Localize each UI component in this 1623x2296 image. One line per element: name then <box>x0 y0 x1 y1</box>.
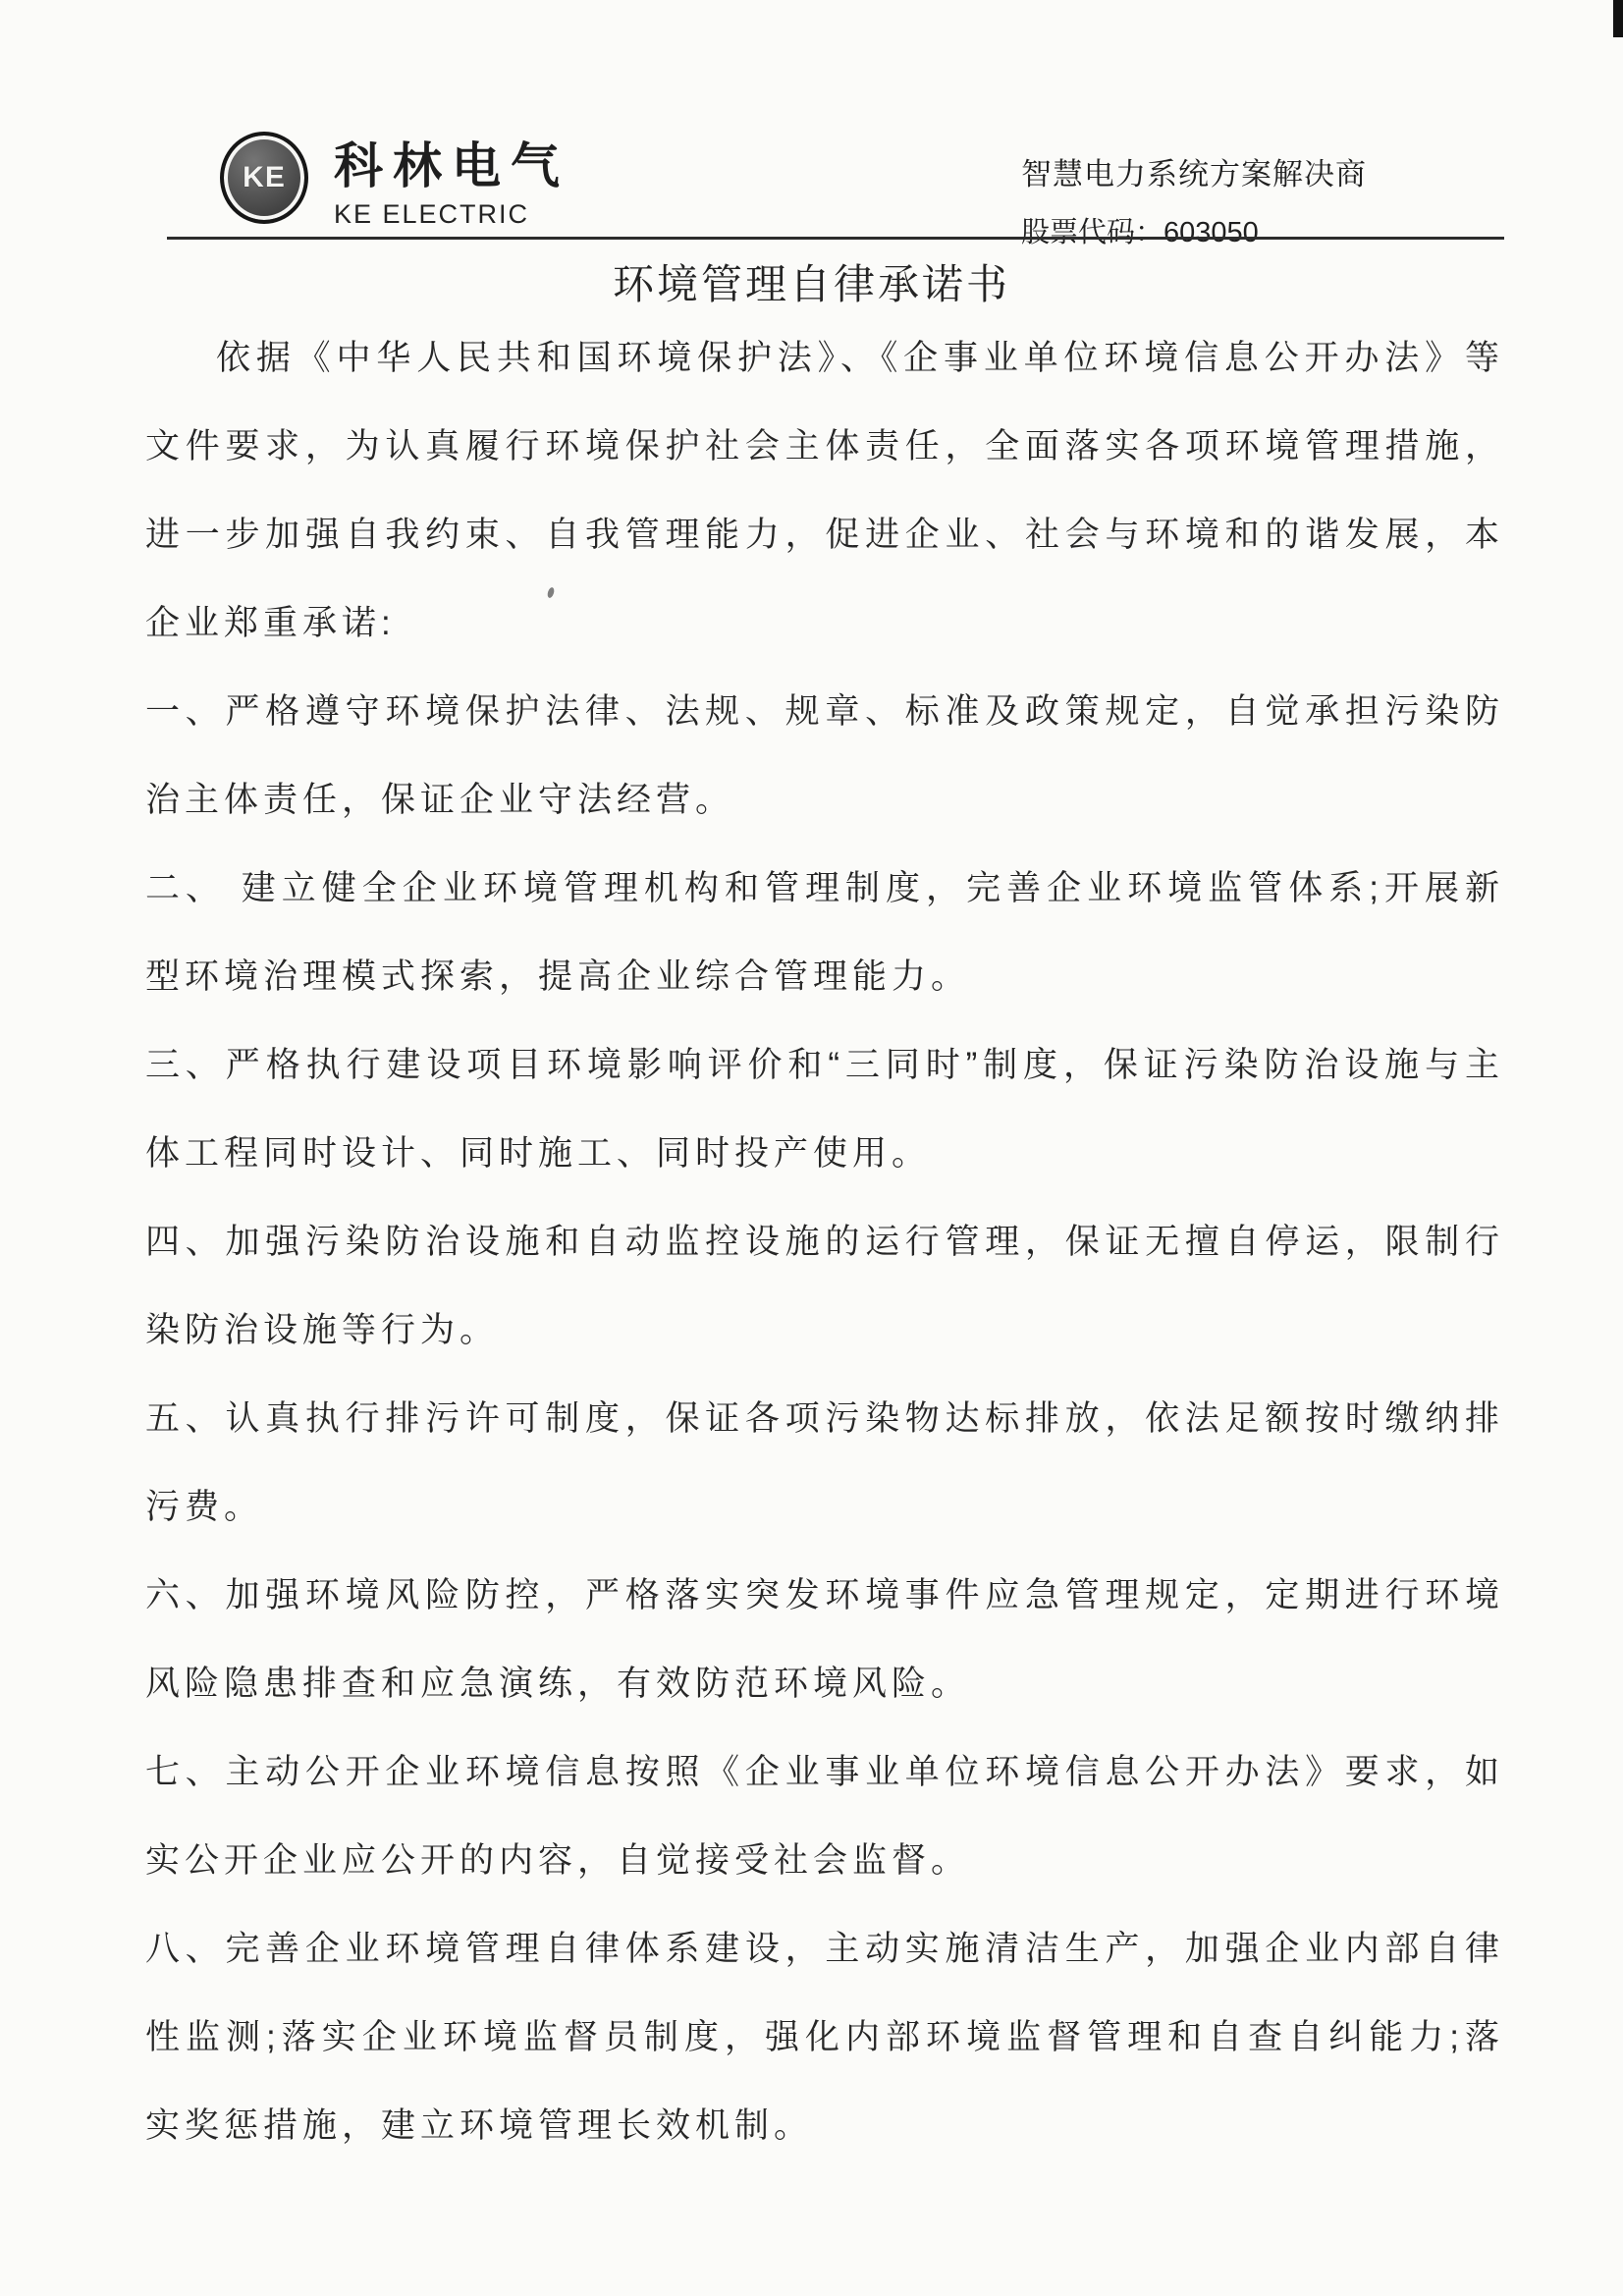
document-title: 环境管理自律承诺书 <box>0 252 1623 311</box>
document-page: KE 科林电气 KE ELECTRIC 智慧电力系统方案解决商 股票代码：603… <box>0 0 1623 2296</box>
company-tagline: 智慧电力系统方案解决商 <box>1021 149 1367 193</box>
company-name-en: KE ELECTRIC <box>334 199 569 230</box>
paragraph-item-2: 二、 建立健全企业环境管理机构和管理制度，完善企业环境监管体系;开展新型环境治理… <box>145 845 1504 1021</box>
paragraph-item-1: 一、严格遵守环境保护法律、法规、规章、标准及政策规定，自觉承担污染防治主体责任，… <box>145 668 1504 845</box>
ke-logo-icon: KE <box>220 132 308 224</box>
paragraph-item-3: 三、严格执行建设项目环境影响评价和“三同时”制度，保证污染防治设施与主体工程同时… <box>145 1021 1504 1198</box>
company-name-block: 科林电气 KE ELECTRIC <box>334 132 569 230</box>
paragraph-item-5: 五、认真执行排污许可制度，保证各项污染物达标排放，依法足额按时缴纳排污费。 <box>145 1375 1504 1552</box>
paragraph-item-8: 八、完善企业环境管理自律体系建设，主动实施清洁生产，加强企业内部自律性监测;落实… <box>145 1905 1504 2170</box>
paragraph-item-4: 四、加强污染防治设施和自动监控设施的运行管理，保证无擅自停运，限制行染防治设施等… <box>145 1198 1504 1375</box>
company-name-cn: 科林电气 <box>334 141 569 191</box>
ke-logo-text: KE <box>243 161 286 194</box>
paragraph-intro: 依据《中华人民共和国环境保护法》、《企事业单位环境信息公开办法》等文件要求，为认… <box>145 314 1504 668</box>
letterhead-right: 智慧电力系统方案解决商 股票代码：603050 <box>1021 149 1367 250</box>
document-body: 依据《中华人民共和国环境保护法》、《企事业单位环境信息公开办法》等文件要求，为认… <box>145 314 1504 2170</box>
stock-code: 股票代码：603050 <box>1021 210 1367 250</box>
header-divider <box>167 237 1504 240</box>
company-logo: KE 科林电气 KE ELECTRIC <box>220 132 569 230</box>
paragraph-item-6: 六、加强环境风险防控，严格落实突发环境事件应急管理规定，定期进行环境风险隐患排查… <box>145 1552 1504 1728</box>
scan-edge-artifact <box>1613 0 1623 37</box>
paragraph-item-7: 七、主动公开企业环境信息按照《企业事业单位环境信息公开办法》要求，如实公开企业应… <box>145 1728 1504 1905</box>
